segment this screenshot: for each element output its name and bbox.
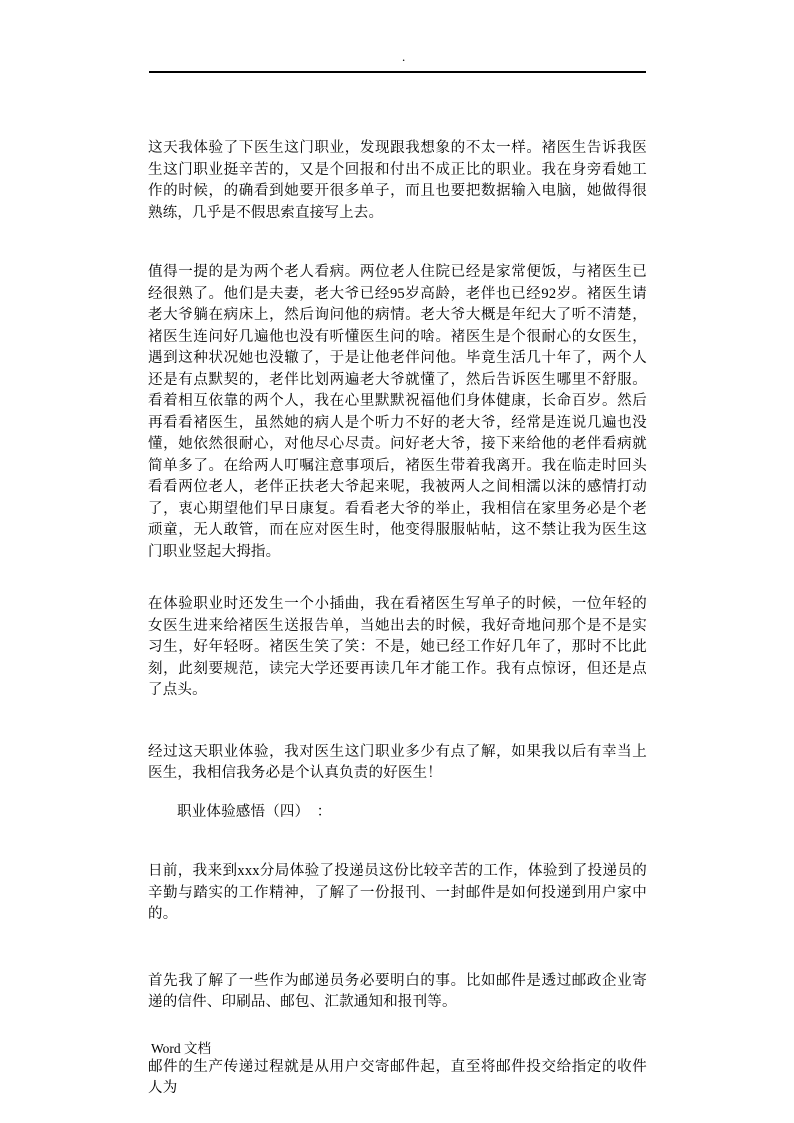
paragraph-two-elderly-patients: 值得一提的是为两个老人看病。两位老人住院已经是家常便饭，与褚医生已经很熟了。他们… bbox=[148, 262, 647, 563]
paragraph-postman-intro: 日前，我来到xxx分局体验了投递员这份比较辛苦的工作，体验到了投递员的辛勤与踏实… bbox=[148, 861, 647, 926]
document-page: . 这天我体验了下医生这门职业，发现跟我想象的不太一样。褚医生告诉我医生这门职业… bbox=[0, 0, 794, 1123]
paragraph-young-doctor-episode: 在体验职业时还发生一个小插曲，我在看褚医生写单子的时候，一位年轻的女医生进来给褚… bbox=[148, 594, 647, 702]
section-heading-experience-four: 职业体验感悟（四） ： bbox=[148, 802, 647, 824]
document-body: 这天我体验了下医生这门职业，发现跟我想象的不太一样。褚医生告诉我医生这门职业挺辛… bbox=[148, 138, 647, 1100]
paragraph-doctor-experience-conclusion: 经过这天职业体验，我对医生这门职业多少有点了解，如果我以后有幸当上医生，我相信我… bbox=[148, 742, 647, 785]
paragraph-mail-delivery-process: 邮件的生产传递过程就是从用户交寄邮件起，直至将邮件投交给指定的收件人为 bbox=[148, 1057, 647, 1100]
header-rule bbox=[149, 71, 646, 73]
paragraph-mail-types: 首先我了解了一些作为邮递员务必要明白的事。比如邮件是透过邮政企业寄递的信件、印刷… bbox=[148, 971, 647, 1014]
paragraph-doctor-experience-intro: 这天我体验了下医生这门职业，发现跟我想象的不太一样。褚医生告诉我医生这门职业挺辛… bbox=[148, 138, 647, 224]
header-dot: . bbox=[402, 50, 405, 63]
footer-word-document-label: Word 文档 bbox=[151, 1040, 211, 1057]
